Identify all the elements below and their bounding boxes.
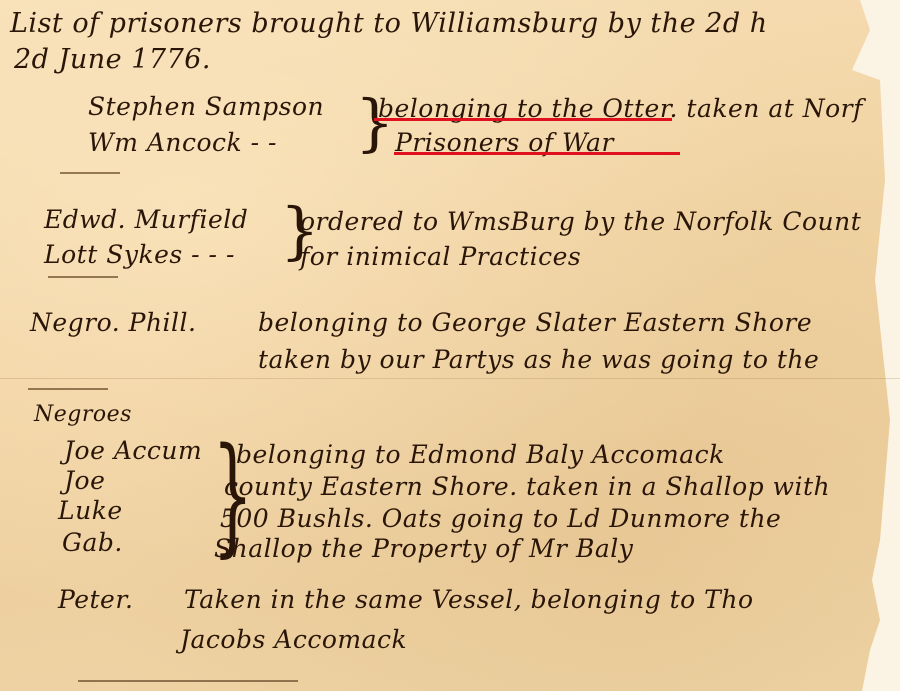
highlight-underline-otter xyxy=(374,118,672,121)
entry-2-desc-2: for inimical Practices xyxy=(300,242,581,271)
separator-rule xyxy=(48,276,118,278)
entry-3-desc-1: belonging to George Slater Eastern Shore xyxy=(258,308,812,337)
entry-3-desc-2: taken by our Partys as he was going to t… xyxy=(258,345,819,374)
separator-rule xyxy=(78,680,298,682)
highlight-underline-prisoners-of-war xyxy=(394,152,680,155)
entry-3-name: Negro. Phill. xyxy=(30,308,197,337)
entry-4-name-4: Gab. xyxy=(62,528,123,557)
separator-rule xyxy=(28,388,108,390)
entry-2-name-2: Lott Sykes - - - xyxy=(44,240,235,269)
entry-5-desc-2: Jacobs Accomack xyxy=(180,625,407,654)
entry-4-name-3: Luke xyxy=(58,496,123,525)
entry-1-name-1: Stephen Sampson xyxy=(88,92,324,121)
entry-2-name-1: Edwd. Murfield xyxy=(44,205,248,234)
entry-1-name-2: Wm Ancock - - xyxy=(88,128,277,157)
entry-2-desc-1: ordered to WmsBurg by the Norfolk Count xyxy=(300,207,861,236)
fold-crease xyxy=(0,378,900,379)
entry-4-desc-3: 500 Bushls. Oats going to Ld Dunmore the xyxy=(220,504,781,533)
entry-5-desc-1: Taken in the same Vessel, belonging to T… xyxy=(184,585,754,614)
entry-4-name-1: Joe Accum xyxy=(64,436,202,465)
entry-4-heading: Negroes xyxy=(34,402,132,427)
entry-4-desc-1: belonging to Edmond Baly Accomack xyxy=(236,440,725,469)
entry-4-desc-4: Shallop the Property of Mr Baly xyxy=(214,534,633,563)
document-title-line-2: 2d June 1776. xyxy=(14,44,211,75)
separator-rule xyxy=(60,172,120,174)
entry-4-name-2: Joe xyxy=(64,466,105,495)
document-title-line-1: List of prisoners brought to Williamsbur… xyxy=(10,8,768,39)
entry-5-name: Peter. xyxy=(58,585,134,614)
entry-4-desc-2: county Eastern Shore. taken in a Shallop… xyxy=(224,472,830,501)
